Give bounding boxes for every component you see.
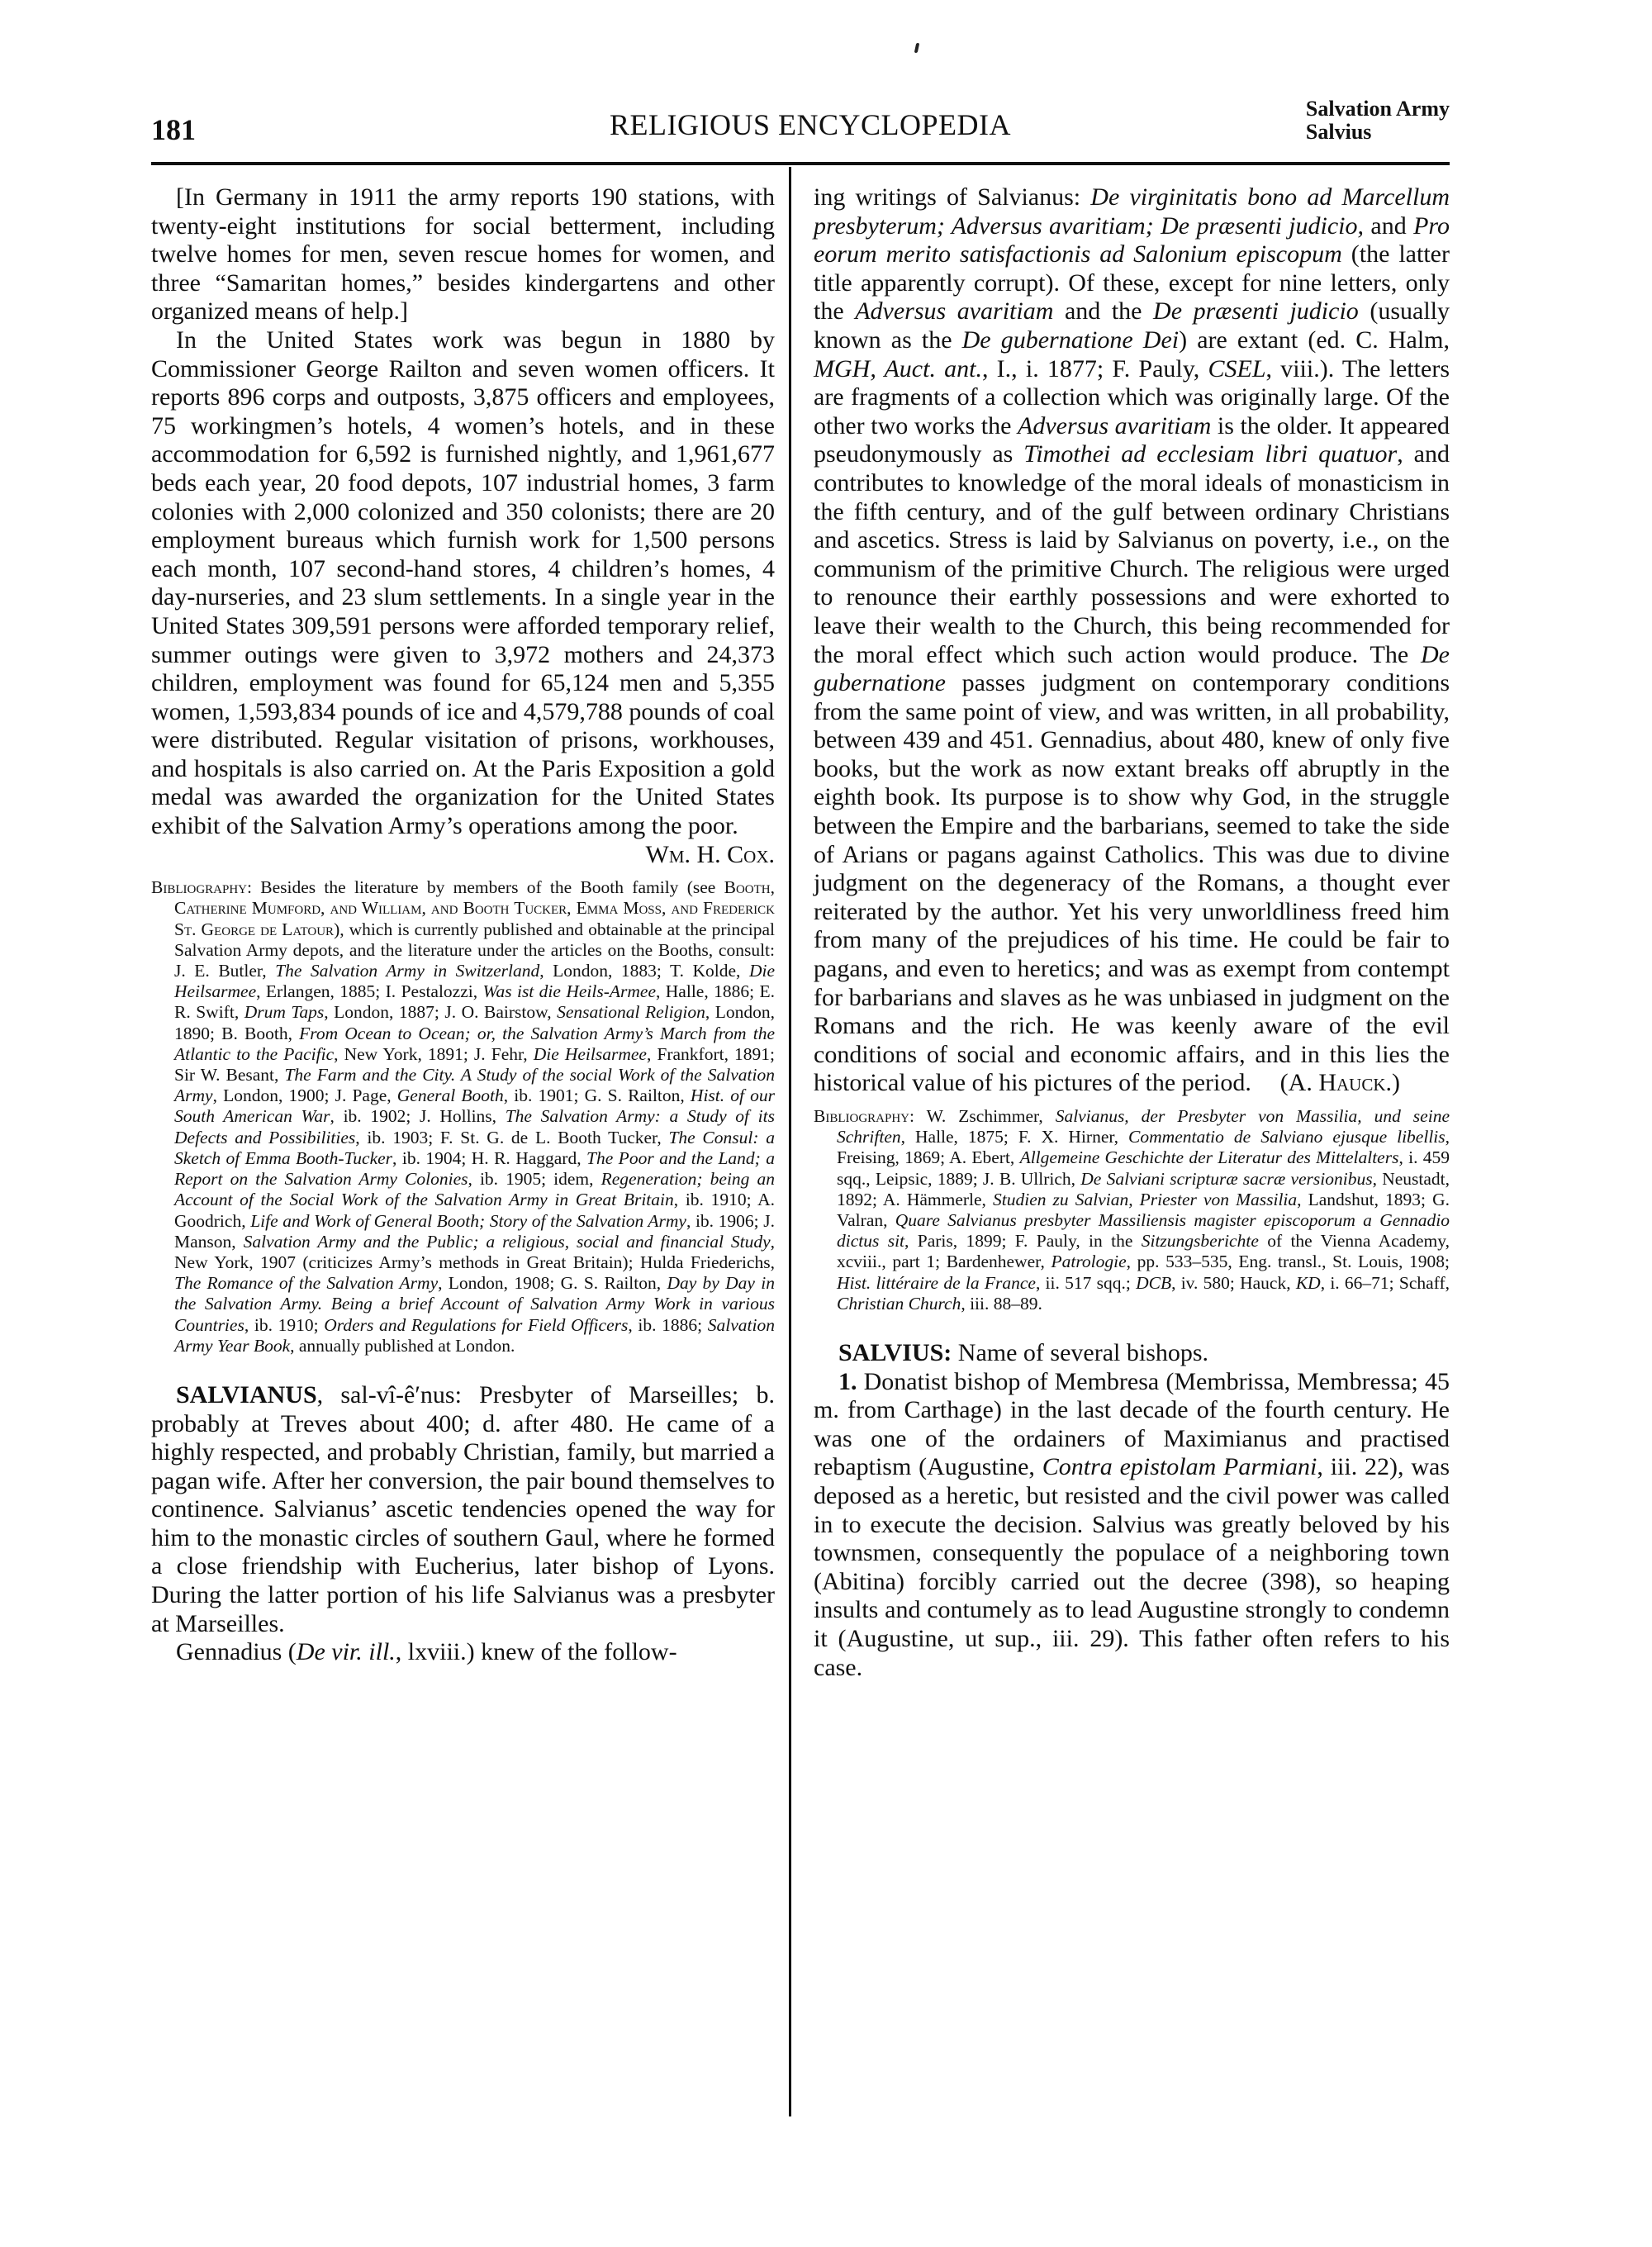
work-title: Drum Taps — [244, 1002, 325, 1022]
signature: Wm. H. Cox. — [621, 841, 776, 870]
entry-salvius: SALVIUS: Name of several bishops. — [814, 1339, 1450, 1368]
guide-word-first: Salvation Army — [1306, 97, 1450, 121]
pronunciation: , sal-vî-ê′nus: — [317, 1381, 480, 1409]
text: passes judgment on contemporary conditio… — [814, 669, 1450, 1096]
bib-list: W. Zschimmer, Salvianus, der Presbyter v… — [837, 1106, 1450, 1314]
page-number: 181 — [151, 112, 196, 147]
entry-text: Name of several bishops. — [952, 1339, 1208, 1366]
work-title: Was ist die Heils-Armee — [483, 981, 656, 1001]
work-title: Life and Work of General Booth; Story of… — [250, 1211, 686, 1231]
work-title: Sitzungsberichte — [1142, 1231, 1259, 1251]
citation-details: , Halle, 1875; F. X. Hirner, — [901, 1127, 1128, 1147]
bib-text: Besides the literature by members of the… — [260, 877, 715, 897]
text: , iii. 22), was deposed as a heretic, bu… — [814, 1453, 1450, 1680]
bibliography-label: Bibliography: — [814, 1106, 914, 1126]
page-header: 181 RELIGIOUS ENCYCLOPEDIA Salvation Arm… — [151, 97, 1450, 155]
guide-word-last: Salvius — [1306, 121, 1450, 144]
work-title: DCB — [1136, 1273, 1171, 1293]
us-paragraph-text: In the United States work was begun in 1… — [151, 326, 775, 839]
text: ) are extant (ed. C. Halm, — [1179, 326, 1450, 354]
work-title: Timothei ad ecclesiam libri quatuor — [1023, 440, 1397, 468]
citation-details: , iv. 580; Hauck, — [1171, 1273, 1296, 1293]
item-number: 1. — [838, 1368, 857, 1395]
running-title: RELIGIOUS ENCYCLOPEDIA — [610, 107, 1011, 142]
scan-speck — [914, 43, 920, 53]
bibliography-label: Bibliography: — [151, 877, 252, 897]
citation-details: , iii. 88–89. — [961, 1294, 1042, 1314]
entry-salvianus: SALVIANUS, sal-vî-ê′nus: Presbyter of Ma… — [151, 1381, 775, 1638]
citation-details: , London, 1900; J. Page, — [213, 1085, 397, 1105]
entry-text: Presbyter of Marseilles; b. probably at … — [151, 1381, 775, 1637]
text: and the — [1053, 297, 1153, 325]
text: , and contributes to knowledge of the mo… — [814, 440, 1450, 667]
us-paragraph: In the United States work was begun in 1… — [151, 326, 775, 841]
citation-details: , Erlangen, 1885; I. Pestalozzi, — [256, 981, 482, 1001]
text: , I., i. 1877; F. Pauly, — [982, 355, 1208, 382]
citation-details: , London, 1883; T. Kolde, — [539, 961, 749, 981]
text: and — [1364, 212, 1413, 240]
work-title: De præsenti judicio — [1153, 297, 1359, 325]
right-column: ing writings of Salvianus: De virginitat… — [814, 183, 1450, 1682]
citation-details: , ii. 517 sqq.; — [1036, 1273, 1136, 1293]
work-title: Adversus avaritiam — [855, 297, 1053, 325]
citation-details: , ib. 1902; J. Hollins, — [330, 1106, 506, 1126]
citation-details: , ib. 1910; — [244, 1315, 324, 1335]
work-title: Allgemeine Geschichte der Literatur des … — [1020, 1147, 1399, 1167]
salvianus-writings: ing writings of Salvianus: De virginitat… — [814, 183, 1450, 1098]
citation-details: , ib. 1901; G. S. Railton, — [504, 1085, 691, 1105]
text: ing writings of Salvianus: — [814, 183, 1090, 211]
work-title: Hist. littéraire de la France — [837, 1273, 1036, 1293]
citation-details: W. Zschimmer, — [927, 1106, 1056, 1126]
work-title: Adversus avaritiam — [1018, 412, 1211, 439]
citation-details: , annually published at London. — [290, 1336, 515, 1356]
citation-details: , London, 1887; J. O. Bairstow, — [324, 1002, 557, 1022]
bibliography-salvianus: Bibliography: W. Zschimmer, Salvianus, d… — [814, 1106, 1450, 1314]
header-rule — [151, 162, 1450, 165]
citation-details: , ib. 1905; idem, — [468, 1169, 601, 1189]
work-title: Patrologie — [1051, 1252, 1126, 1271]
work-title: The Salvation Army in Switzerland — [275, 961, 539, 981]
work-title: KD — [1296, 1273, 1321, 1293]
citation-details: , ib. 1886; — [628, 1315, 707, 1335]
headword: SALVIANUS — [176, 1381, 317, 1409]
citation-details: , New York, 1891; J. Fehr, — [334, 1044, 534, 1064]
work-title: Christian Church — [837, 1294, 961, 1314]
citation-details: , Paris, 1899; F. Pauly, in the — [904, 1231, 1142, 1251]
text: , lxviii.) knew of the follow- — [396, 1638, 677, 1665]
work-title: Salvation Army and the Public; a religio… — [244, 1232, 771, 1252]
work-title: Studien zu Salvian, Priester von Massili… — [993, 1190, 1297, 1209]
work-title: De gubernatione Dei — [962, 326, 1179, 354]
bibliography-salvation-army: Bibliography: Besides the literature by … — [151, 877, 775, 1356]
work-title: The Romance of the Salvation Army — [174, 1273, 438, 1293]
work-title: Commentatio de Salviano ejusque libellis — [1128, 1127, 1445, 1147]
salvius-item-1: 1. Donatist bishop of Membresa (Membriss… — [814, 1368, 1450, 1683]
citation-details: , ib. 1903; F. St. G. de L. Booth Tucker… — [355, 1128, 668, 1147]
citation-details: , London, 1908; G. S. Railton, — [438, 1273, 667, 1293]
germany-note: [In Germany in 1911 the army reports 190… — [151, 183, 775, 326]
gennadius-paragraph: Gennadius (De vir. ill., lxviii.) knew o… — [151, 1638, 775, 1667]
citation-details: , ib. 1904; H. R. Haggard, — [392, 1148, 586, 1168]
work-title: CSEL — [1208, 355, 1265, 382]
column-divider — [789, 167, 791, 2116]
work-title: De Salviani scripturæ sacræ versionibus — [1080, 1169, 1372, 1189]
citation: Contra epistolam Parmiani — [1042, 1453, 1317, 1480]
guide-words: Salvation Army Salvius — [1306, 97, 1450, 144]
citation-details: , pp. 533–535, Eng. transl., St. Louis, … — [1127, 1252, 1450, 1271]
headword: SALVIUS: — [838, 1339, 952, 1366]
bib-list: The Salvation Army in Switzerland, Londo… — [174, 961, 775, 1356]
signature: (A. Hauck.) — [1280, 1069, 1400, 1096]
work-title: Sensational Religion — [557, 1002, 705, 1022]
work-title: Die Heilsarmee — [534, 1044, 647, 1064]
citation-details: , i. 66–71; Schaff, — [1321, 1273, 1450, 1293]
work-title: MGH, Auct. ant. — [814, 355, 982, 382]
work-title: Orders and Regulations for Field Officer… — [324, 1315, 628, 1335]
citation: De vir. ill. — [297, 1638, 396, 1665]
left-column: [In Germany in 1911 the army reports 190… — [151, 183, 775, 1667]
work-title: General Booth — [397, 1085, 504, 1105]
text: Gennadius ( — [176, 1638, 297, 1665]
